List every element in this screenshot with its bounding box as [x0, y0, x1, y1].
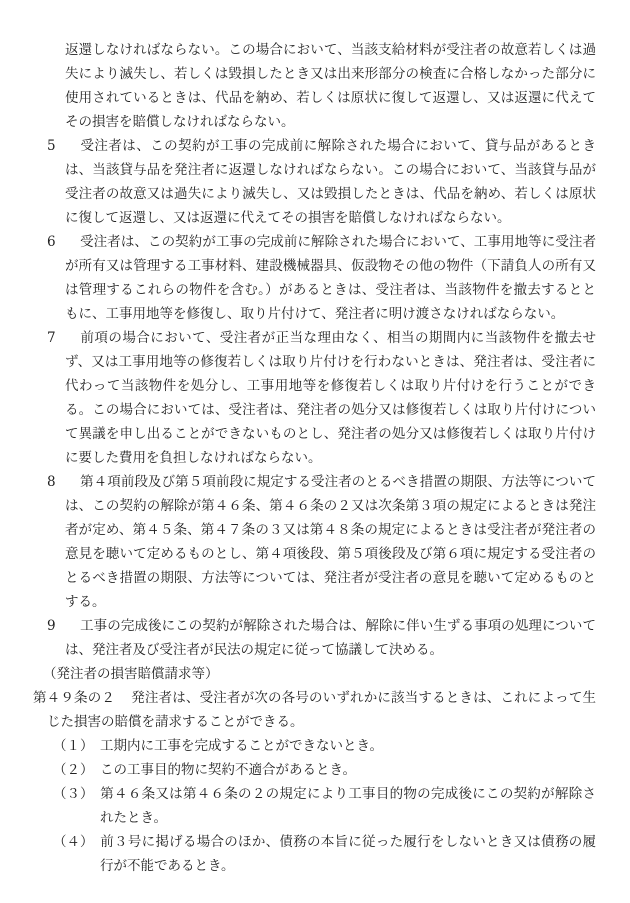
numbered-clause-paragraph: 5受注者は、この契約が工事の完成前に解除された場合において、貸与品があるときは、…	[0, 134, 630, 230]
clause-number: 5	[47, 134, 80, 158]
document-page: 返還しなければならない。この場合において、当該支給材料が受注者の故意若しくは過失…	[0, 0, 630, 903]
clause-number: 8	[47, 470, 80, 494]
article-clause-paragraph: 第４９条の２発注者は、受注者が次の各号のいずれかに該当するときは、これによって生…	[0, 686, 630, 734]
numbered-clause-paragraph: 9工事の完成後にこの契約が解除された場合は、解除に伴い生ずる事項の処理については…	[0, 614, 630, 662]
clause-number: （２）	[53, 758, 100, 782]
clause-text: 受注者は、この契約が工事の完成前に解除された場合において、工事用地等に受注者が所…	[65, 234, 596, 322]
section-heading: （発注者の損害賠償請求等）	[0, 662, 630, 686]
clause-number: 第４９条の２	[33, 690, 115, 706]
clause-number: （４）	[53, 830, 100, 854]
list-item: （４）前３号に掲げる場合のほか、債務の本旨に従った履行をしないとき又は債務の履行…	[0, 830, 630, 878]
clause-number: 9	[47, 614, 80, 638]
numbered-clause-paragraph: 6受注者は、この契約が工事の完成前に解除された場合において、工事用地等に受注者が…	[0, 230, 630, 326]
list-item: （２）この工事目的物に契約不適合があるとき。	[0, 758, 630, 782]
clause-text: 第４項前段及び第５項前段に規定する受注者のとるべき措置の期限、方法等については、…	[65, 474, 596, 610]
clause-text: （発注者の損害賠償請求等）	[43, 666, 219, 682]
clause-continuation-paragraph: 返還しなければならない。この場合において、当該支給材料が受注者の故意若しくは過失…	[0, 38, 630, 134]
clause-text: 工事の完成後にこの契約が解除された場合は、解除に伴い生ずる事項の処理については、…	[65, 618, 596, 658]
numbered-clause-paragraph: 8第４項前段及び第５項前段に規定する受注者のとるべき措置の期限、方法等については…	[0, 470, 630, 614]
clause-text: 工期内に工事を完成することができないとき。	[100, 738, 383, 754]
clause-text: 第４６条又は第４６条の２の規定により工事目的物の完成後にこの契約が解除されたとき…	[100, 786, 596, 826]
clause-number: 7	[47, 326, 80, 350]
clause-number: （１）	[53, 734, 100, 758]
list-item: （１）工期内に工事を完成することができないとき。	[0, 734, 630, 758]
clause-text: 発注者は、受注者が次の各号のいずれかに該当するときは、これによって生じた損害の賠…	[47, 690, 596, 730]
clause-text: 受注者は、この契約が工事の完成前に解除された場合において、貸与品があるときは、当…	[65, 138, 596, 226]
clause-text: 前項の場合において、受注者が正当な理由なく、相当の期間内に当該物件を撤去せず、又…	[65, 330, 596, 466]
list-item: （３）第４６条又は第４６条の２の規定により工事目的物の完成後にこの契約が解除され…	[0, 782, 630, 830]
numbered-clause-paragraph: 7前項の場合において、受注者が正当な理由なく、相当の期間内に当該物件を撤去せず、…	[0, 326, 630, 470]
clause-text: 前３号に掲げる場合のほか、債務の本旨に従った履行をしないとき又は債務の履行が不能…	[100, 834, 596, 874]
clause-number: 6	[47, 230, 80, 254]
clause-text: 返還しなければならない。この場合において、当該支給材料が受注者の故意若しくは過失…	[65, 42, 596, 130]
clause-text: この工事目的物に契約不適合があるとき。	[100, 762, 356, 778]
clause-number: （３）	[53, 782, 100, 806]
